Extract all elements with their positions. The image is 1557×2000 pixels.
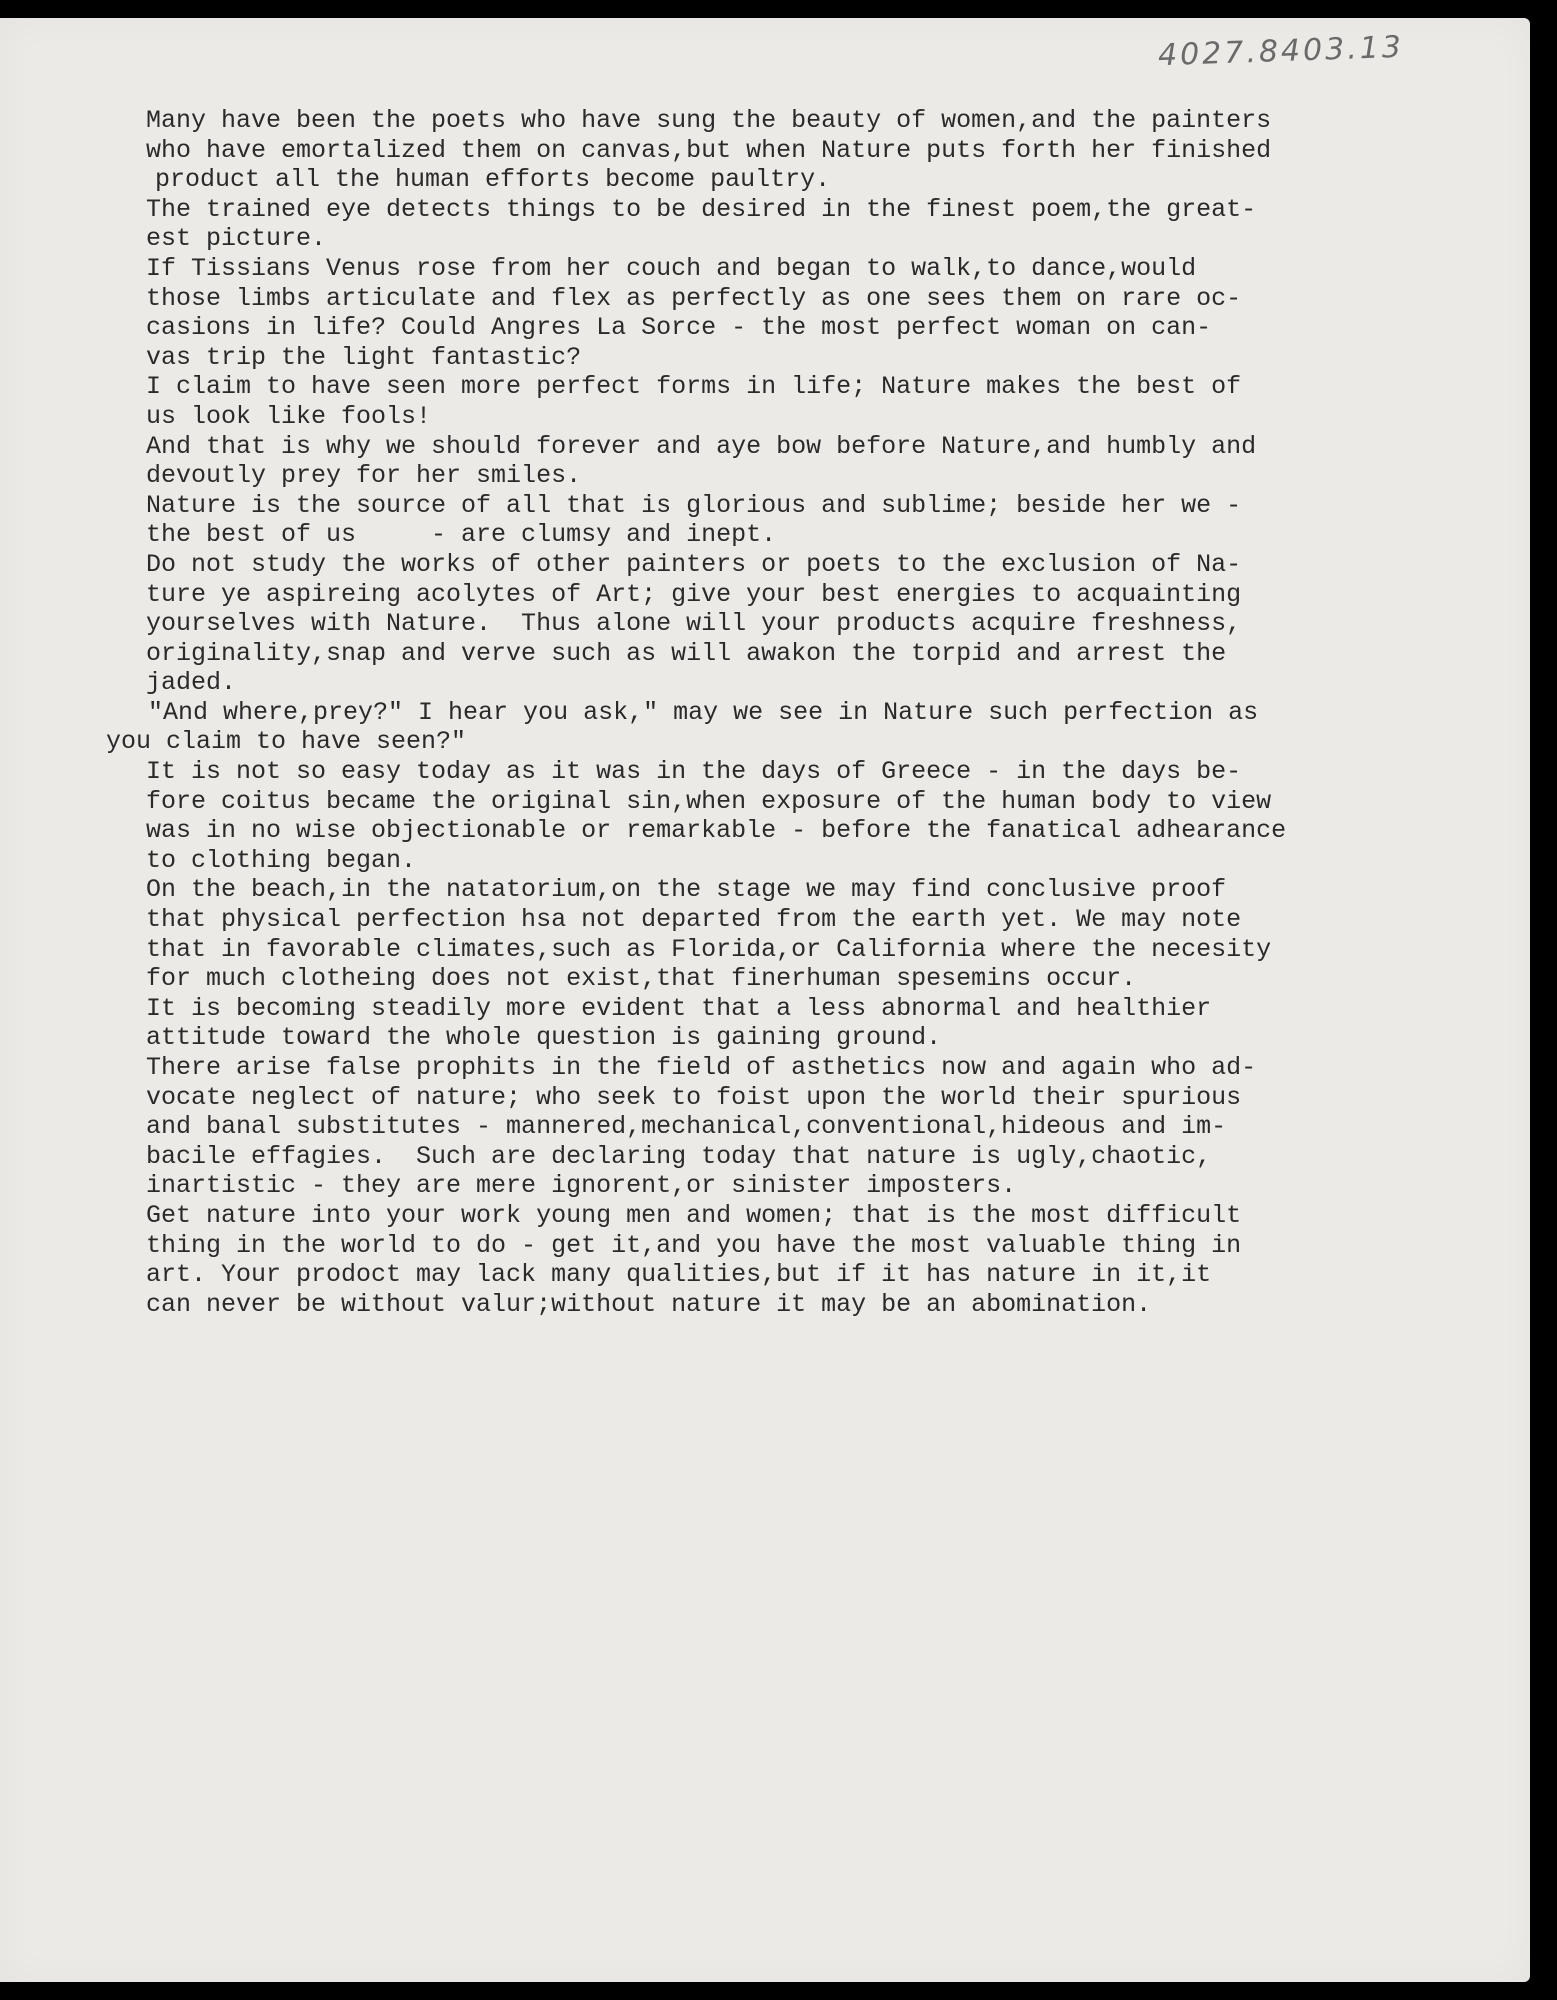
text-line: Do not study the works of other painters… <box>0 550 1530 580</box>
handwritten-catalog-number: 4027.8403.13 <box>1157 30 1404 74</box>
text-line: art. Your prodoct may lack many qualitie… <box>0 1260 1530 1290</box>
text-line: est picture. <box>0 224 1530 254</box>
text-line: originality,snap and verve such as will … <box>0 639 1530 669</box>
text-line: that physical perfection hsa not departe… <box>0 905 1530 935</box>
text-line: vocate neglect of nature; who seek to fo… <box>0 1083 1530 1113</box>
text-line: Get nature into your work young men and … <box>0 1201 1530 1231</box>
text-line: can never be without valur;without natur… <box>0 1290 1530 1320</box>
text-line: who have emortalized them on canvas,but … <box>0 136 1530 166</box>
text-line: And that is why we should forever and ay… <box>0 432 1530 462</box>
text-line: yourselves with Nature. Thus alone will … <box>0 609 1530 639</box>
text-line: was in no wise objectionable or remarkab… <box>0 816 1530 846</box>
text-line: inartistic - they are mere ignorent,or s… <box>0 1171 1530 1201</box>
text-line: It is not so easy today as it was in the… <box>0 757 1530 787</box>
text-line: devoutly prey for her smiles. <box>0 461 1530 491</box>
text-line: Nature is the source of all that is glor… <box>0 491 1530 521</box>
text-line: vas trip the light fantastic? <box>0 343 1530 373</box>
typewritten-body: Many have been the poets who have sung t… <box>0 106 1530 1319</box>
text-line: It is becoming steadily more evident tha… <box>0 994 1530 1024</box>
text-line: thing in the world to do - get it,and yo… <box>0 1231 1530 1261</box>
text-line: us look like fools! <box>0 402 1530 432</box>
typewritten-page: 4027.8403.13 Many have been the poets wh… <box>0 18 1530 1982</box>
text-line: you claim to have seen?" <box>0 727 1530 757</box>
text-line: product all the human efforts become pau… <box>0 165 1530 195</box>
text-line: casions in life? Could Angres La Sorce -… <box>0 313 1530 343</box>
text-line: Many have been the poets who have sung t… <box>0 106 1530 136</box>
text-line: I claim to have seen more perfect forms … <box>0 372 1530 402</box>
text-line: fore coitus became the original sin,when… <box>0 787 1530 817</box>
text-line: that in favorable climates,such as Flori… <box>0 935 1530 965</box>
text-line: bacile effagies. Such are declaring toda… <box>0 1142 1530 1172</box>
text-line: On the beach,in the natatorium,on the st… <box>0 875 1530 905</box>
text-line: and banal substitutes - mannered,mechani… <box>0 1112 1530 1142</box>
text-line: "And where,prey?" I hear you ask," may w… <box>0 698 1530 728</box>
text-line: for much clotheing does not exist,that f… <box>0 964 1530 994</box>
text-line: to clothing began. <box>0 846 1530 876</box>
text-line: jaded. <box>0 668 1530 698</box>
text-line: The trained eye detects things to be des… <box>0 195 1530 225</box>
text-line: ture ye aspireing acolytes of Art; give … <box>0 580 1530 610</box>
text-line: the best of us - are clumsy and inept. <box>0 520 1530 550</box>
text-line: If Tissians Venus rose from her couch an… <box>0 254 1530 284</box>
text-line: attitude toward the whole question is ga… <box>0 1023 1530 1053</box>
text-line: those limbs articulate and flex as perfe… <box>0 284 1530 314</box>
text-line: There arise false prophits in the field … <box>0 1053 1530 1083</box>
